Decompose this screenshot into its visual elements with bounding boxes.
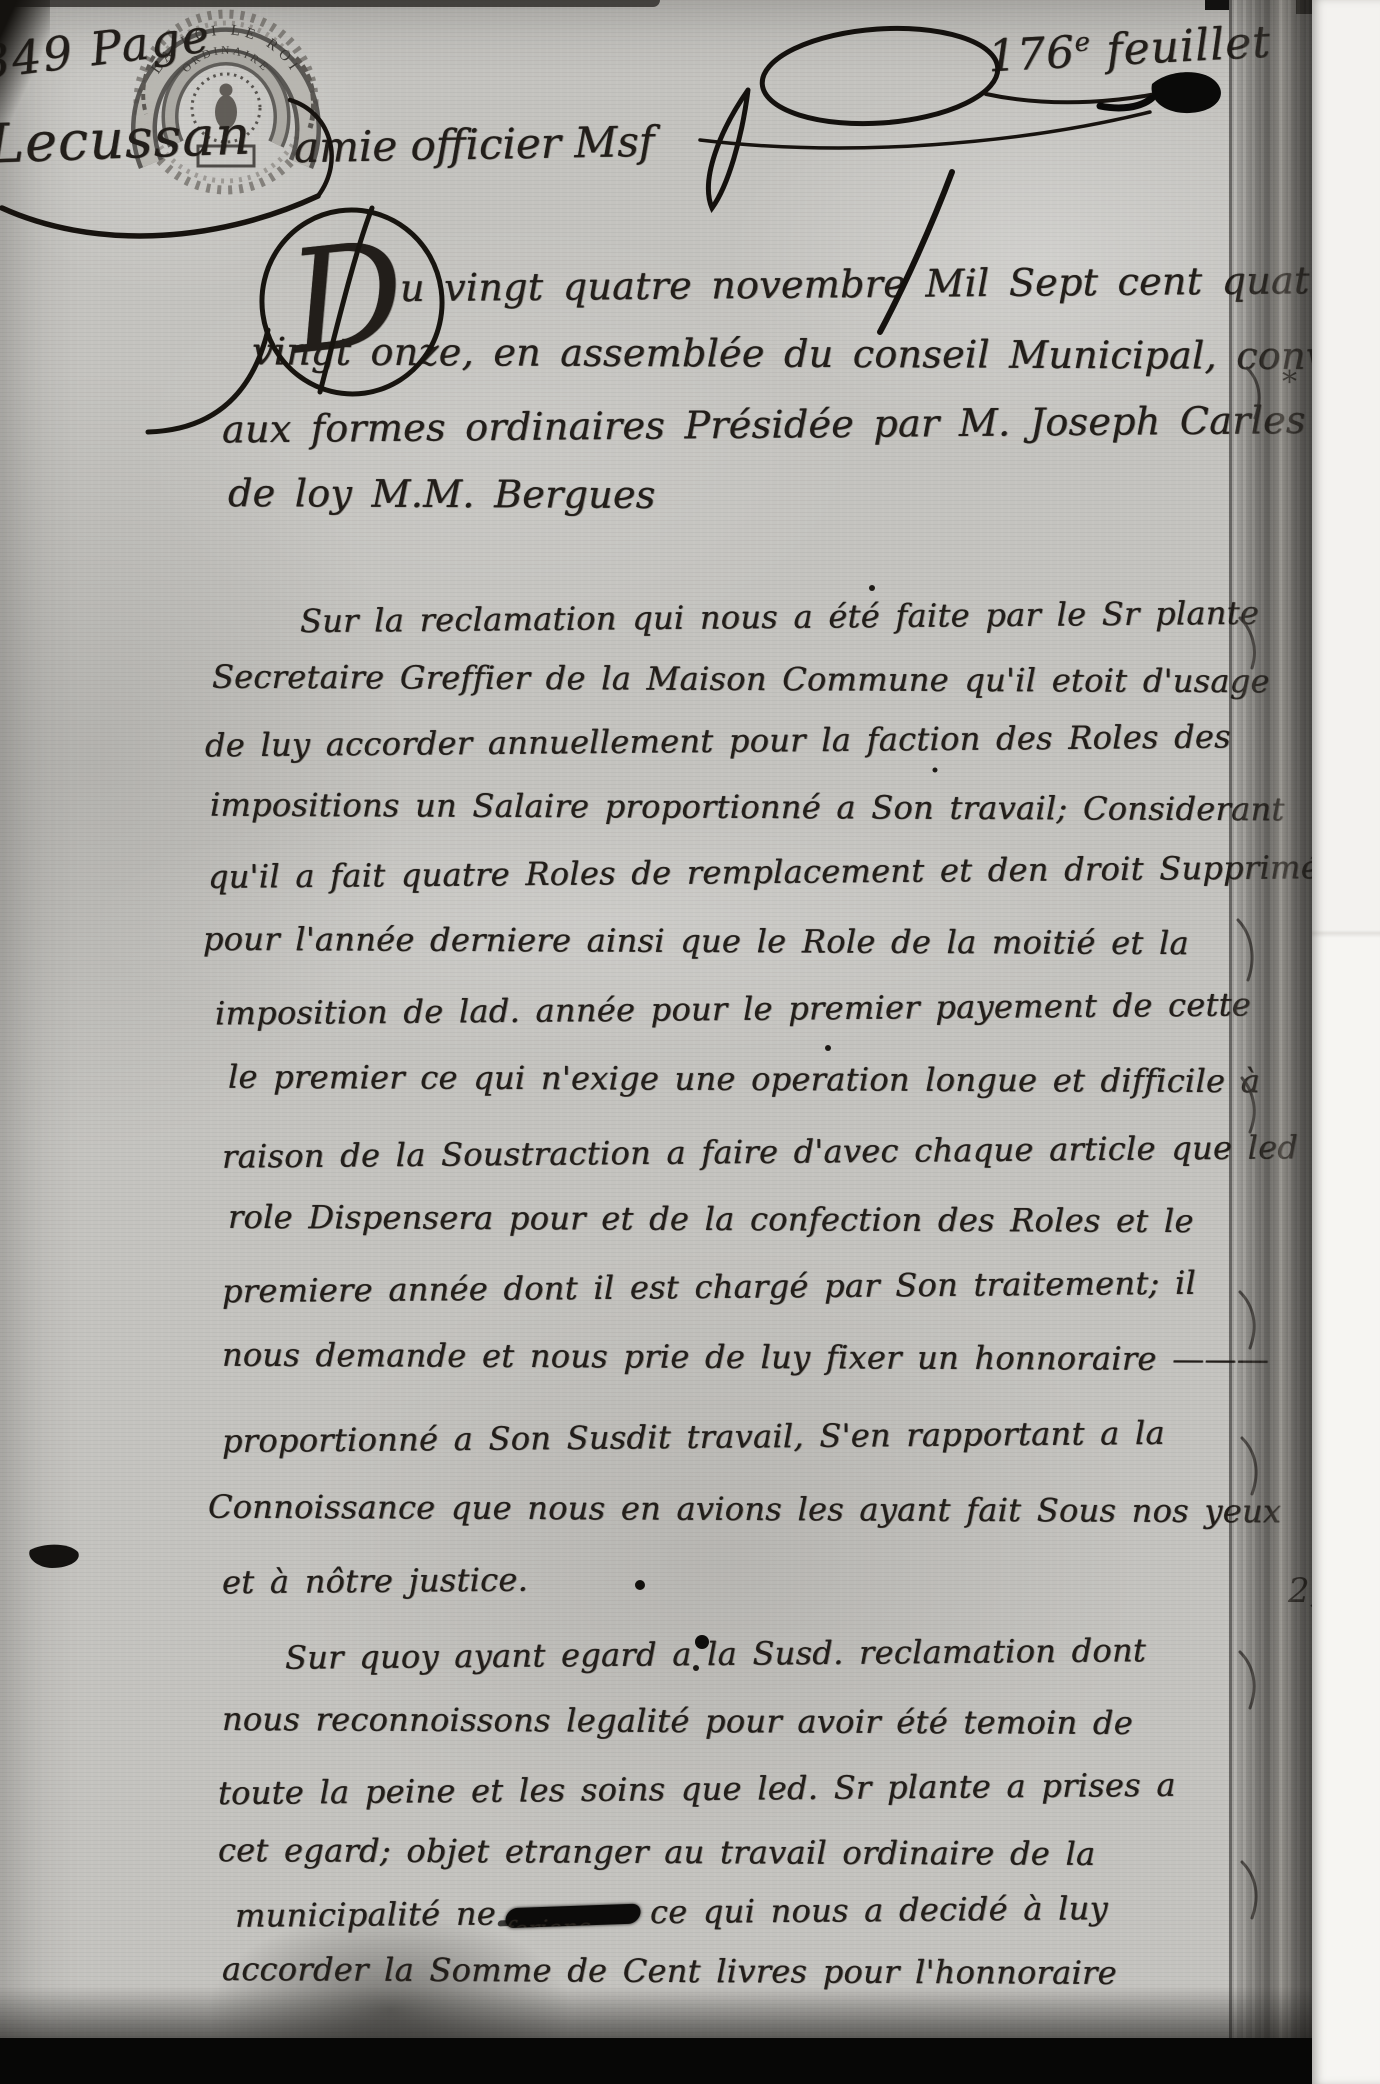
handwriting-layer: 349 Page Lecussan amie officier Msf 176e…: [0, 0, 1312, 2084]
struck-out-word: ferions: [504, 1904, 642, 1929]
top-left-corner-shadow: [0, 0, 50, 135]
manuscript-line: Connoissance que nous en avions les ayan…: [208, 1488, 1281, 1531]
scanner-background: [1312, 0, 1380, 2084]
manuscript-line: imposition de lad. année pour le premier…: [215, 985, 1251, 1032]
manuscript-line: nous demande et nous prie de luy fixer u…: [222, 1336, 1269, 1379]
manuscript-line: role Dispensera pour et de la confection…: [228, 1198, 1194, 1240]
bottom-shadow: [0, 1986, 1312, 2040]
manuscript-line: premiere année dont il est chargé par So…: [222, 1264, 1196, 1310]
manuscript-line: Sur la reclamation qui nous a été faite …: [300, 594, 1259, 640]
manuscript-line: toute la peine et les soins que led. Sr …: [218, 1766, 1176, 1812]
manuscript-scan: LA LOI LE ROI ORDINAIRE 349 Page Lecussa…: [0, 0, 1380, 2084]
manuscript-line: pour l'année derniere ainsi que le Role …: [203, 920, 1189, 962]
top-edge-smear: [0, 0, 660, 7]
manuscript-line: u vingt quatre novembre Mil Sept cent qu…: [400, 258, 1351, 310]
manuscript-line: Sur quoy ayant egard a la Susd. reclamat…: [285, 1631, 1146, 1677]
book-gutter: [1232, 0, 1312, 2084]
manuscript-line: vingt onze, en assemblée du conseil Muni…: [252, 329, 1380, 378]
manuscript-line: nous reconnoissons legalité pour avoir é…: [222, 1700, 1133, 1742]
manuscript-line: de luy accorder annuellement pour la fac…: [205, 718, 1231, 765]
page-bottom-edge: [0, 2038, 1312, 2084]
manuscript-line: impositions un Salaire proportionné a So…: [210, 786, 1285, 829]
manuscript-line: proportionné a Son Susdit travail, S'en …: [222, 1414, 1165, 1460]
header-annotation: amie officier Msf: [294, 117, 655, 172]
manuscript-line: cet egard; objet etranger au travail ord…: [218, 1831, 1096, 1873]
manuscript-line: de loy M.M. Bergues: [228, 471, 656, 517]
manuscript-line: qu'il a fait quatre Roles de remplacemen…: [208, 848, 1337, 896]
manuscript-line: aux formes ordinaires Présidée par M. Jo…: [222, 397, 1380, 452]
manuscript-line-struck: municipalité neferionsce qui nous a deci…: [235, 1889, 1108, 1935]
manuscript-line: raison de la Soustraction a faire d'avec…: [222, 1128, 1299, 1175]
manuscript-line: et à nôtre justice.: [222, 1561, 528, 1602]
manuscript-line: le premier ce qui n'exige une operation …: [228, 1058, 1260, 1101]
manuscript-line: Secretaire Greffier de la Maison Commune…: [212, 658, 1270, 701]
